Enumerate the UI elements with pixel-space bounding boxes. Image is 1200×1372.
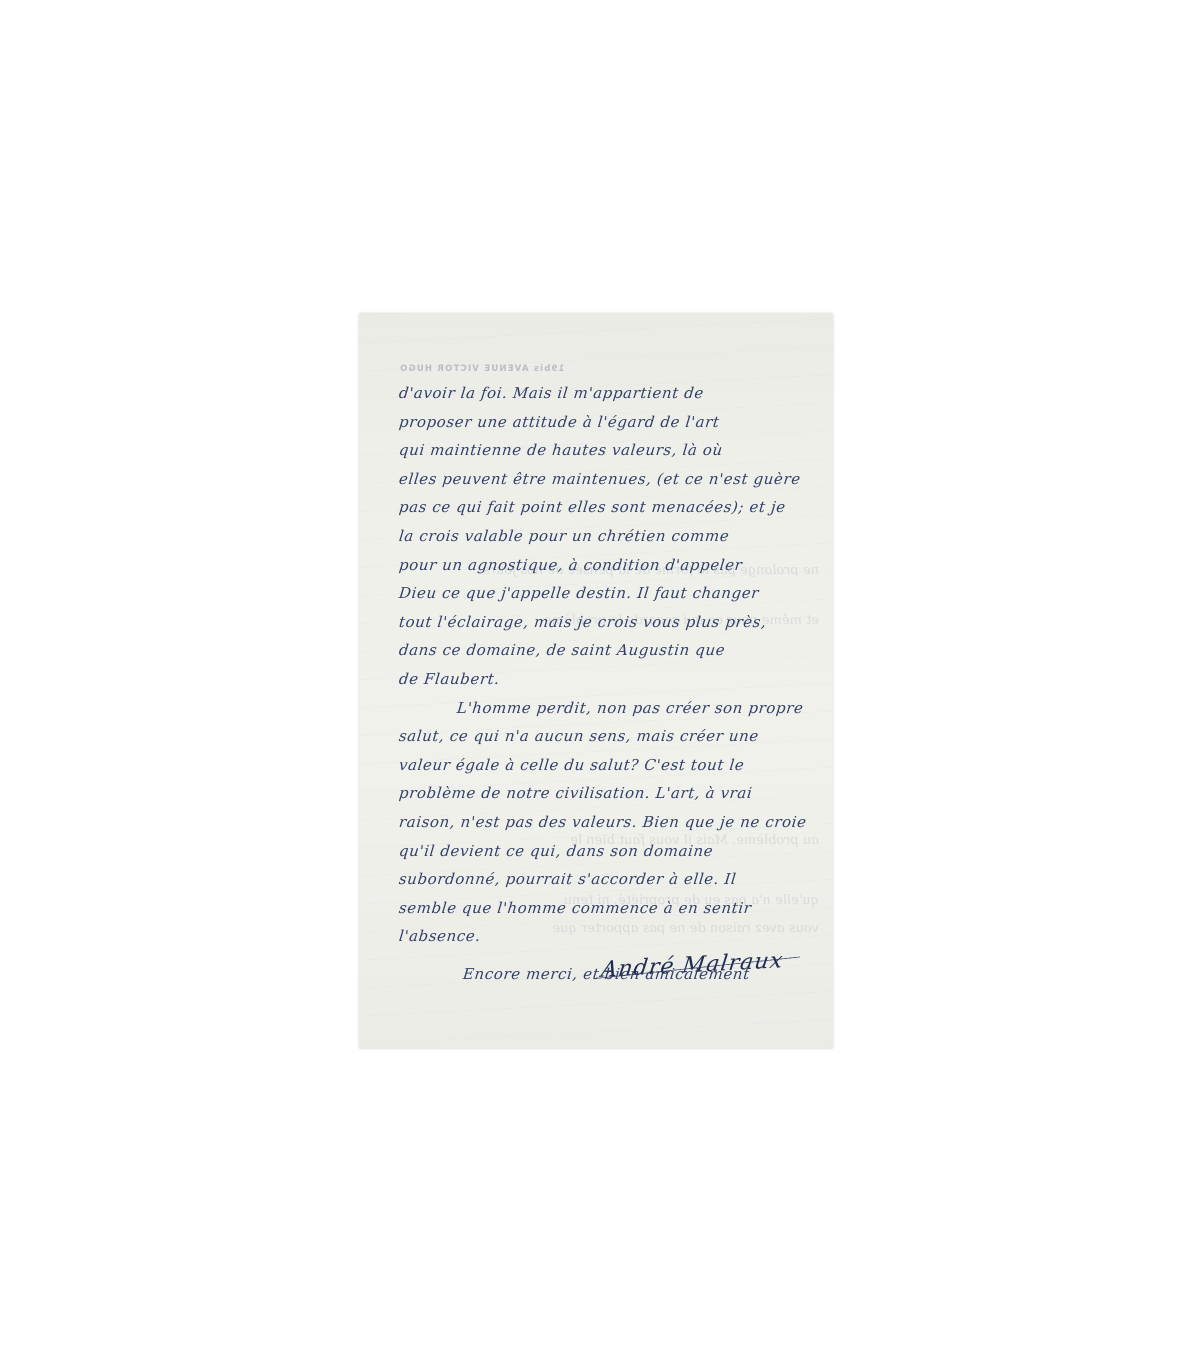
letterhead-address: 19bis AVENUE VICTOR HUGO bbox=[399, 364, 565, 374]
letter-line: subordonné, pourrait s'accorder à elle. … bbox=[397, 865, 812, 894]
letter-line: qui maintienne de hautes valeurs, là où bbox=[397, 436, 812, 465]
letter-line: Dieu ce que j'appelle destin. Il faut ch… bbox=[397, 579, 812, 608]
letter-line: elles peuvent être maintenues, (et ce n'… bbox=[397, 465, 812, 494]
letter-sheet: ne prolonge pas la forme de la pensée de… bbox=[359, 313, 833, 1048]
letter-line: dans ce domaine, de saint Augustin que bbox=[397, 636, 812, 665]
letter-line: semble que l'homme commence à en sentir bbox=[397, 894, 812, 923]
letter-line: la crois valable pour un chrétien comme bbox=[397, 522, 812, 551]
letter-line: d'avoir la foi. Mais il m'appartient de bbox=[397, 379, 812, 408]
letter-line: salut, ce qui n'a aucun sens, mais créer… bbox=[397, 722, 812, 751]
letter-line: raison, n'est pas des valeurs. Bien que … bbox=[397, 808, 812, 837]
letter-line: proposer une attitude à l'égard de l'art bbox=[397, 408, 812, 437]
letter-line: de Flaubert. bbox=[397, 665, 812, 694]
letter-line: l'absence. bbox=[397, 922, 812, 951]
letter-line: pour un agnostique, à condition d'appele… bbox=[397, 551, 812, 580]
letter-line: qu'il devient ce qui, dans son domaine bbox=[397, 837, 812, 866]
letter-line-paragraph-start: L'homme perdit, non pas créer son propre bbox=[397, 694, 812, 723]
letter-body: d'avoir la foi. Mais il m'appartient de … bbox=[399, 379, 811, 988]
letter-line: tout l'éclairage, mais je crois vous plu… bbox=[397, 608, 812, 637]
letter-line: valeur égale à celle du salut? C'est tou… bbox=[397, 751, 812, 780]
letter-line: problème de notre civilisation. L'art, à… bbox=[397, 779, 812, 808]
letter-line: pas ce qui fait point elles sont menacée… bbox=[397, 493, 812, 522]
